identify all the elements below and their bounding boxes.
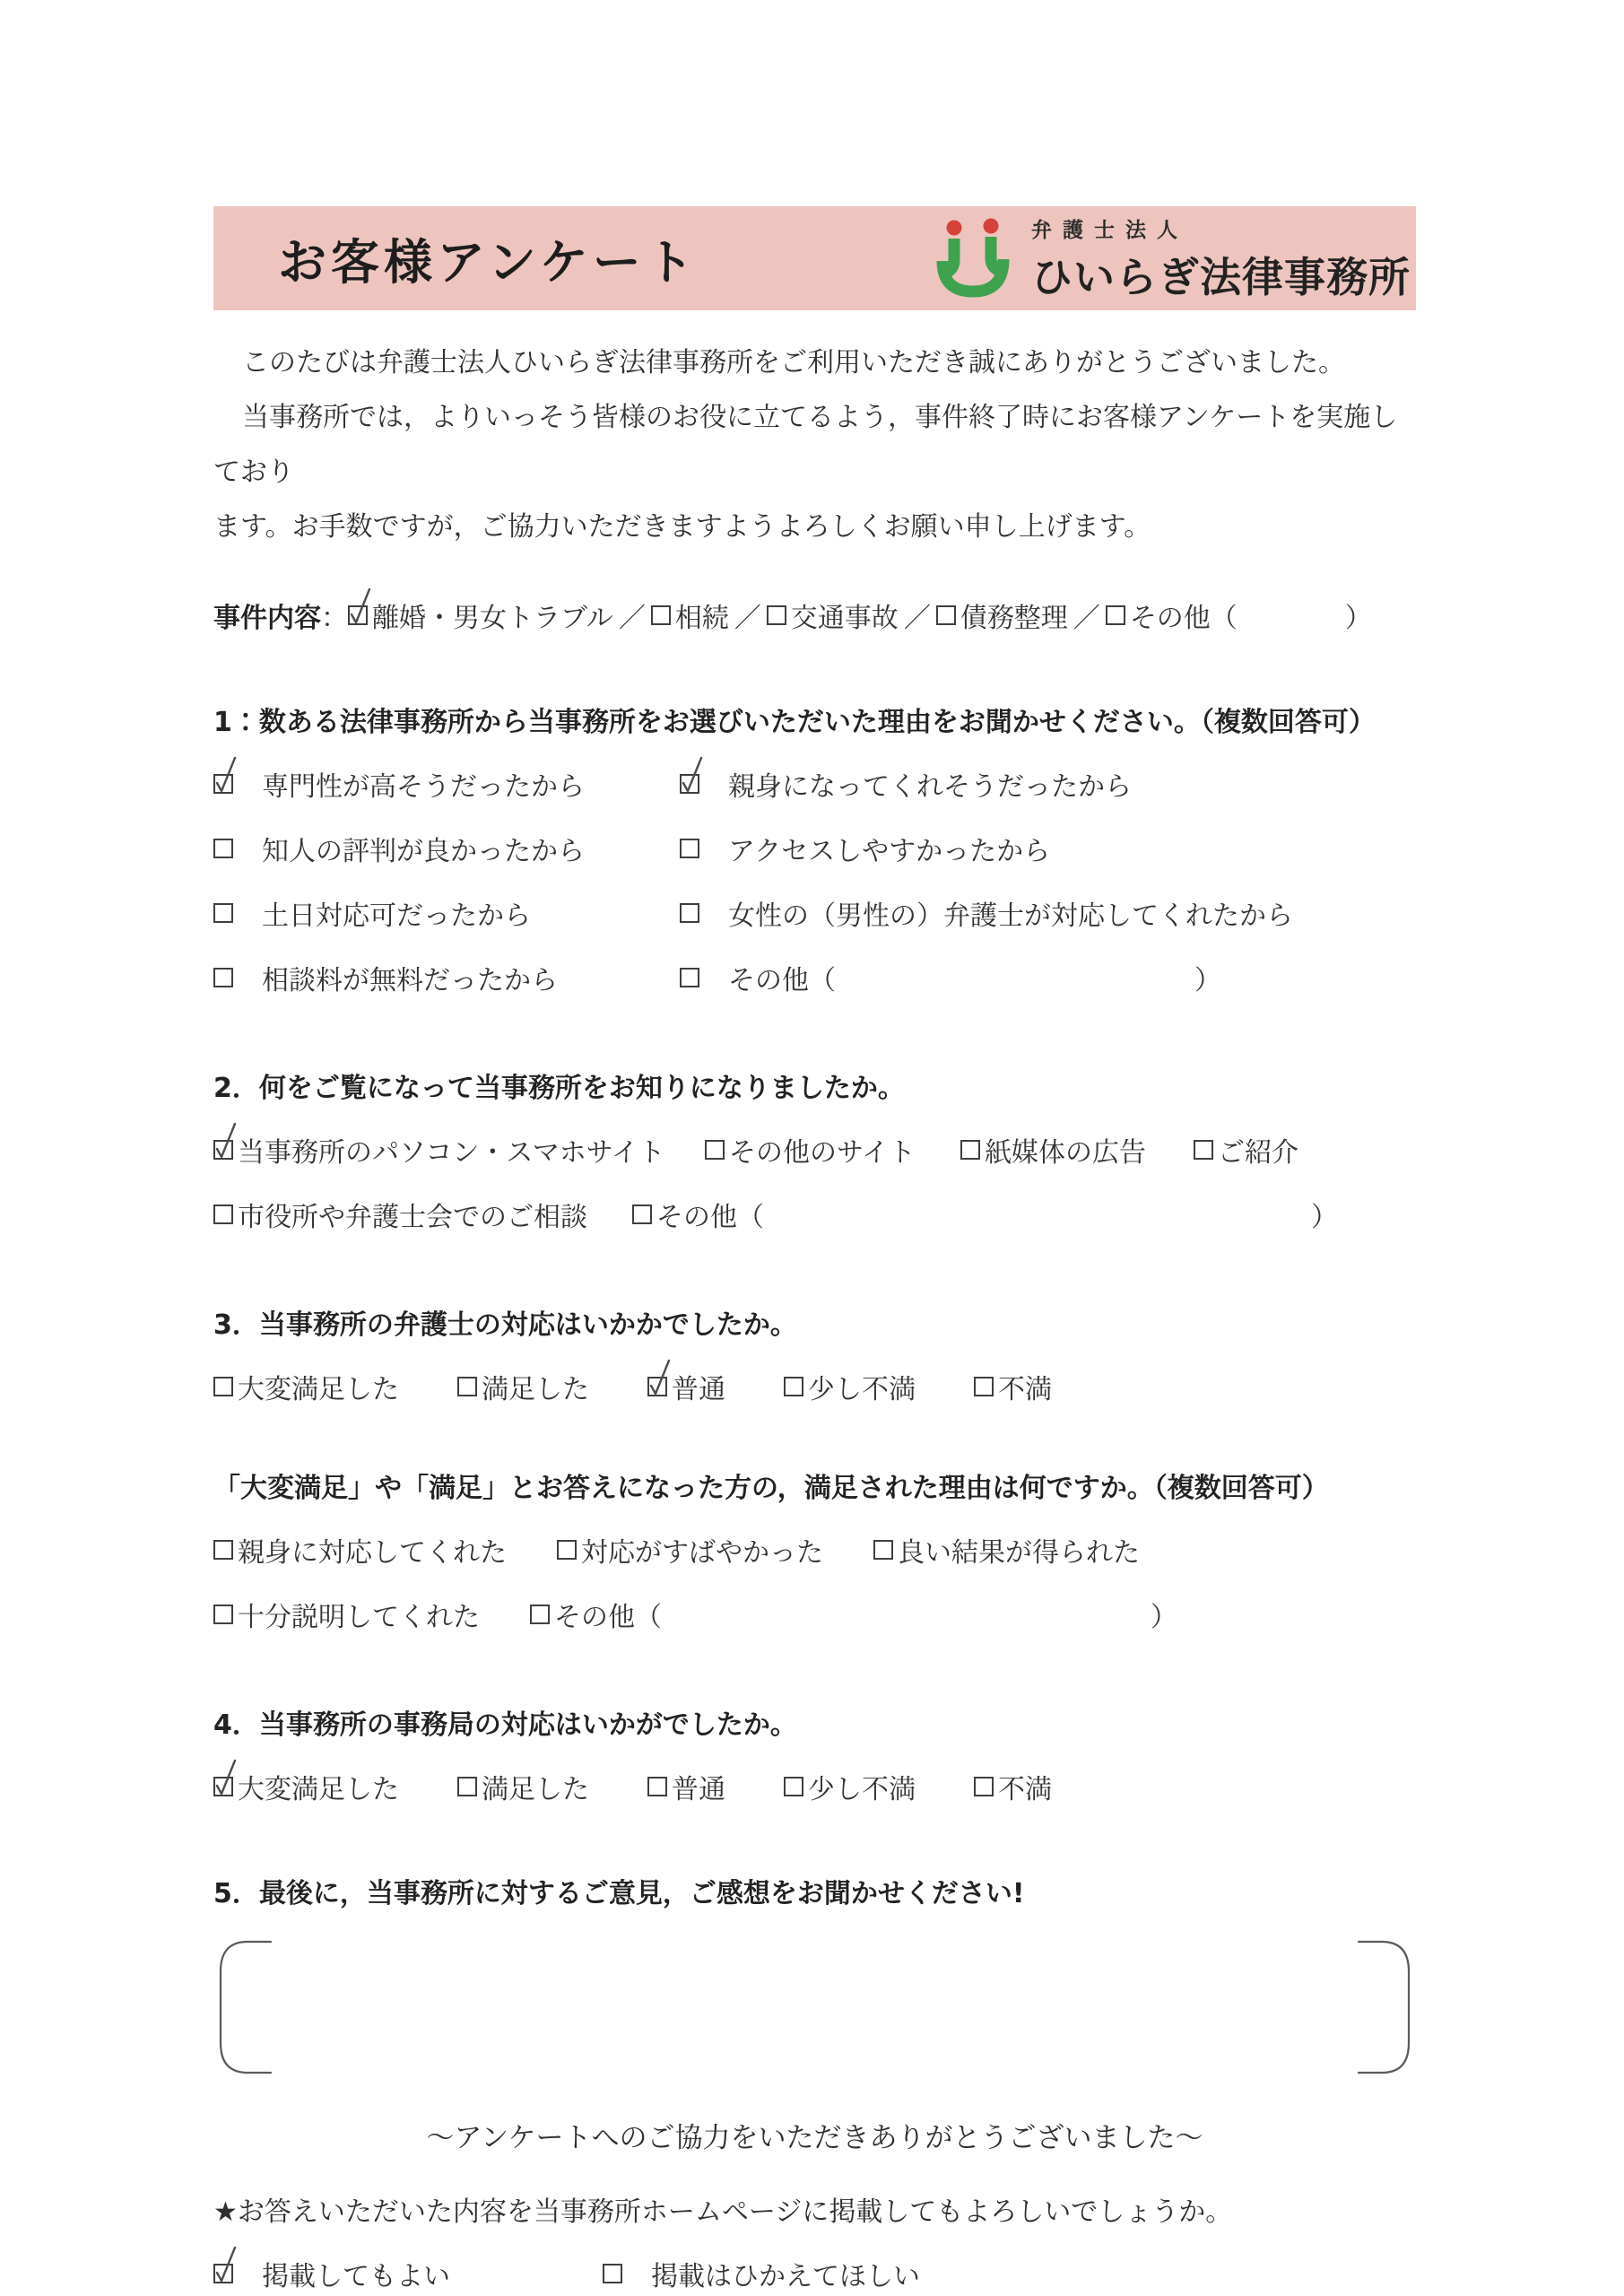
option-label: 掲載してもよい <box>262 2254 450 2293</box>
intro-line: 当事務所では，よりいっそう皆様のお役に立てるよう，事件終了時にお客様アンケートを… <box>213 390 1416 500</box>
option-label: 大変満足した <box>238 1367 399 1406</box>
option-case-debt: 債務整理 <box>936 596 1068 635</box>
checkbox-q1-reputation[interactable] <box>213 839 233 858</box>
q2-heading: 2．何をご覧になって当事務所をお知りになりましたか。 <box>213 1065 1416 1105</box>
q4-heading: 4．当事務所の事務局の対応はいかがでしたか。 <box>213 1702 1416 1742</box>
option-label: 相談料が無料だったから <box>262 958 558 997</box>
check-icon <box>212 2245 239 2286</box>
option-q3-dissatisfied: 不満 <box>974 1367 1052 1406</box>
option-q2-other: その他（ <box>632 1195 764 1234</box>
option-label: 少し不満 <box>808 1767 916 1806</box>
option-label: ご紹介 <box>1218 1130 1298 1170</box>
option-label: 債務整理 <box>960 596 1068 635</box>
q3-heading: 3．当事務所の弁護士の対応はいかかでしたか。 <box>213 1302 1416 1342</box>
option-label: 十分説明してくれた <box>238 1595 480 1634</box>
checkbox-q3-very-satisfied[interactable] <box>213 1377 233 1396</box>
checkbox-q2-referral[interactable] <box>1194 1140 1213 1160</box>
option-case-divorce: 離婚・男女トラブル <box>348 596 613 635</box>
option-q1-weekend: 土日対応可だったから <box>213 893 680 933</box>
checkbox-case-other[interactable] <box>1106 605 1125 625</box>
checkbox-publish-ok[interactable] <box>213 2264 233 2283</box>
checkbox-q1-other[interactable] <box>680 968 699 987</box>
header-banner: お客様アンケート 弁護士法人 ひいらぎ法律事務所 <box>213 206 1416 310</box>
q1-heading: 1：数ある法律事務所から当事務所をお選びいただいた理由をお聞かせください。（複数… <box>213 700 1416 739</box>
q1-row: 土日対応可だったから 女性の（男性の）弁護士が対応してくれたから <box>213 893 1416 933</box>
paren-close: ） <box>1345 596 1372 635</box>
option-label: その他（ <box>1130 596 1238 635</box>
firm-org-name: ひいらぎ法律事務所 <box>1031 245 1411 304</box>
checkbox-q2-other[interactable] <box>632 1205 652 1224</box>
checkbox-q4-dissatisfied[interactable] <box>974 1777 994 1796</box>
option-label: 満足した <box>482 1367 589 1406</box>
checkbox-q1-free-consult[interactable] <box>213 968 233 987</box>
option-label: 交通事故 <box>791 596 899 635</box>
q1-row: 知人の評判が良かったから アクセスしやすかったから <box>213 829 1416 868</box>
case-separator: ／ <box>1073 596 1100 635</box>
case-separator: ／ <box>734 596 761 635</box>
option-q1-other: その他（ <box>680 958 836 997</box>
option-q4-dissatisfied: 不満 <box>974 1767 1052 1806</box>
option-label: 満足した <box>482 1767 589 1806</box>
option-q2-own-site: 当事務所のパソコン・スマホサイト <box>213 1130 705 1170</box>
publish-question: ★お答えいただいた内容を当事務所ホームページに掲載してもよろしいでしょうか。 <box>213 2189 1416 2229</box>
option-reason-kind: 親身に対応してくれた <box>213 1530 507 1570</box>
case-type-row: 事件内容： 離婚・男女トラブル ／ 相続 ／ 交通事故 ／ 債務整理 ／ <box>213 596 1416 635</box>
option-q3-slightly-dissatisfied: 少し不満 <box>784 1367 916 1406</box>
firm-org-type: 弁護士法人 <box>1031 213 1411 243</box>
reason-row: 十分説明してくれた その他（ ） <box>213 1595 1416 1634</box>
checkbox-q2-city-office[interactable] <box>213 1205 233 1224</box>
option-label: 対応がすばやかった <box>581 1530 823 1570</box>
intro-paragraph: このたびは弁護士法人ひいらぎ法律事務所をご利用いただき誠にありがとうございました… <box>213 335 1416 554</box>
comment-value[interactable] <box>294 1948 1335 2066</box>
checkbox-q2-own-site[interactable] <box>213 1140 233 1160</box>
checkbox-q3-dissatisfied[interactable] <box>974 1377 994 1396</box>
comment-box-bracket-left-icon <box>213 1939 285 2075</box>
paren-close: ） <box>1311 1195 1338 1234</box>
option-q3-neutral: 普通 <box>647 1367 725 1406</box>
checkbox-reason-quick[interactable] <box>557 1540 577 1560</box>
option-case-traffic: 交通事故 <box>767 596 899 635</box>
check-icon <box>646 1358 673 1399</box>
option-label: 専門性が高そうだったから <box>262 764 585 804</box>
option-q4-very-satisfied: 大変満足した <box>213 1767 399 1806</box>
option-label: 掲載はひかえてほしい <box>651 2254 920 2293</box>
option-label: 市役所や弁護士会でのご相談 <box>238 1195 587 1234</box>
checkbox-q1-kind[interactable] <box>680 774 699 794</box>
option-publish-no: 掲載はひかえてほしい <box>603 2254 920 2293</box>
case-separator: ／ <box>904 596 931 635</box>
option-label: その他（ <box>656 1195 764 1234</box>
check-icon <box>346 587 373 628</box>
option-reason-other: その他（ <box>530 1595 662 1634</box>
checkbox-q2-other-site[interactable] <box>705 1140 725 1160</box>
survey-content: お客様アンケート 弁護士法人 ひいらぎ法律事務所 このたびは弁護士法人ひいらぎ法… <box>0 206 1624 2293</box>
option-label: 相続 <box>675 596 729 635</box>
checkbox-q1-speciality[interactable] <box>213 774 233 794</box>
option-label: 離婚・男女トラブル <box>372 596 613 635</box>
checkbox-q1-access[interactable] <box>680 839 699 858</box>
option-publish-ok: 掲載してもよい <box>213 2254 450 2293</box>
check-icon <box>212 1121 239 1162</box>
q5-heading: 5．最後に，当事務所に対するご意見，ご感想をお聞かせください! <box>213 1871 1416 1910</box>
case-type-label: 事件内容 <box>213 596 321 635</box>
q1-row: 専門性が高そうだったから 親身になってくれそうだったから <box>213 764 1416 804</box>
option-label: 少し不満 <box>808 1367 916 1406</box>
checkbox-reason-other[interactable] <box>530 1605 550 1624</box>
comment-box-bracket-right-icon <box>1344 1939 1416 2075</box>
option-reason-quick: 対応がすばやかった <box>557 1530 823 1570</box>
checkbox-q3-neutral[interactable] <box>647 1377 667 1396</box>
page-title: お客様アンケート <box>278 224 699 293</box>
option-q2-city-office: 市役所や弁護士会でのご相談 <box>213 1195 587 1234</box>
checkbox-publish-no[interactable] <box>603 2264 622 2283</box>
option-label: 女性の（男性の）弁護士が対応してくれたから <box>728 893 1293 933</box>
checkbox-q3-satisfied[interactable] <box>457 1377 477 1396</box>
firm-logo: 弁護士法人 ひいらぎ法律事務所 <box>927 213 1411 304</box>
option-label: その他（ <box>554 1595 662 1634</box>
option-label: 知人の評判が良かったから <box>262 829 585 868</box>
q4-row: 大変満足した 満足した 普通 少し不満 不満 <box>213 1767 1416 1806</box>
checkbox-q4-slightly-dissatisfied[interactable] <box>784 1777 803 1796</box>
q2-row: 市役所や弁護士会でのご相談 その他（ ） <box>213 1195 1416 1234</box>
option-q2-other-site: その他のサイト <box>705 1130 960 1170</box>
option-q2-print-ad: 紙媒体の広告 <box>960 1130 1194 1170</box>
option-q1-kind: 親身になってくれそうだったから <box>680 764 1132 804</box>
option-label: その他のサイト <box>729 1130 916 1170</box>
option-reason-good-result: 良い結果が得られた <box>873 1530 1140 1570</box>
comment-box[interactable] <box>213 1939 1416 2075</box>
q3-row: 大変満足した 満足した 普通 少し不満 不満 <box>213 1367 1416 1406</box>
option-label: 当事務所のパソコン・スマホサイト <box>238 1130 665 1170</box>
option-label: 不満 <box>998 1367 1052 1406</box>
option-label: 大変満足した <box>238 1767 399 1806</box>
option-q1-lawyer-gender: 女性の（男性の）弁護士が対応してくれたから <box>680 893 1293 933</box>
option-q1-free-consult: 相談料が無料だったから <box>213 958 680 997</box>
publish-row: 掲載してもよい 掲載はひかえてほしい <box>213 2254 1416 2293</box>
checkbox-case-traffic[interactable] <box>767 605 786 625</box>
option-label: 普通 <box>672 1767 725 1806</box>
option-label: 不満 <box>998 1767 1052 1806</box>
check-icon <box>212 755 239 796</box>
checkbox-q4-very-satisfied[interactable] <box>213 1777 233 1796</box>
option-label: 親身に対応してくれた <box>238 1530 507 1570</box>
reason-heading: 「大変満足」や「満足」とお答えになった方の，満足された理由は何ですか。（複数回答… <box>213 1465 1416 1505</box>
checkbox-q3-slightly-dissatisfied[interactable] <box>784 1377 803 1396</box>
option-label: その他（ <box>728 958 836 997</box>
intro-line: ます。お手数ですが，ご協力いただきますようよろしくお願い申し上げます。 <box>213 500 1416 554</box>
firm-logo-text: 弁護士法人 ひいらぎ法律事務所 <box>1031 213 1411 304</box>
option-q3-satisfied: 満足した <box>457 1367 589 1406</box>
option-label: 親身になってくれそうだったから <box>728 764 1132 804</box>
checkbox-q4-satisfied[interactable] <box>457 1777 477 1796</box>
hiiragi-logo-icon <box>927 217 1020 300</box>
option-q1-access: アクセスしやすかったから <box>680 829 1050 868</box>
checkbox-reason-good-result[interactable] <box>873 1540 893 1560</box>
q1-row: 相談料が無料だったから その他（ ） <box>213 958 1416 997</box>
option-q1-speciality: 専門性が高そうだったから <box>213 764 680 804</box>
option-q4-slightly-dissatisfied: 少し不満 <box>784 1767 916 1806</box>
option-q2-referral: ご紹介 <box>1194 1130 1298 1170</box>
option-label: アクセスしやすかったから <box>728 829 1050 868</box>
option-q3-very-satisfied: 大変満足した <box>213 1367 399 1406</box>
checkbox-case-inheritance[interactable] <box>651 605 671 625</box>
checkbox-case-debt[interactable] <box>936 605 956 625</box>
survey-page: お客様アンケート 弁護士法人 ひいらぎ法律事務所 このたびは弁護士法人ひいらぎ法… <box>0 0 1624 2296</box>
paren-close: ） <box>1151 1595 1177 1634</box>
option-q1-reputation: 知人の評判が良かったから <box>213 829 680 868</box>
case-type-colon: ： <box>321 596 348 635</box>
option-reason-explained: 十分説明してくれた <box>213 1595 480 1634</box>
checkbox-q1-lawyer-gender[interactable] <box>680 903 699 923</box>
option-label: 土日対応可だったから <box>262 893 531 933</box>
paren-close: ） <box>1194 958 1221 997</box>
intro-line: このたびは弁護士法人ひいらぎ法律事務所をご利用いただき誠にありがとうございました… <box>213 335 1416 390</box>
checkbox-q2-print-ad[interactable] <box>960 1140 980 1160</box>
checkbox-q4-neutral[interactable] <box>647 1777 667 1796</box>
option-case-other: その他（ <box>1106 596 1238 635</box>
option-case-inheritance: 相続 <box>651 596 729 635</box>
thanks-line: ～アンケートへのご協力をいただきありがとうございました～ <box>213 2115 1416 2155</box>
case-separator: ／ <box>619 596 646 635</box>
check-icon <box>212 1758 239 1799</box>
checkbox-reason-kind[interactable] <box>213 1540 233 1560</box>
option-label: 普通 <box>672 1367 725 1406</box>
checkbox-reason-explained[interactable] <box>213 1605 233 1624</box>
check-icon <box>678 755 705 796</box>
reason-row: 親身に対応してくれた 対応がすばやかった 良い結果が得られた <box>213 1530 1416 1570</box>
option-label: 紙媒体の広告 <box>985 1130 1146 1170</box>
option-q4-neutral: 普通 <box>647 1767 725 1806</box>
option-label: 良い結果が得られた <box>898 1530 1140 1570</box>
checkbox-case-divorce[interactable] <box>348 605 368 625</box>
q2-row: 当事務所のパソコン・スマホサイト その他のサイト 紙媒体の広告 ご紹介 <box>213 1130 1416 1170</box>
option-q4-satisfied: 満足した <box>457 1767 589 1806</box>
checkbox-q1-weekend[interactable] <box>213 903 233 923</box>
